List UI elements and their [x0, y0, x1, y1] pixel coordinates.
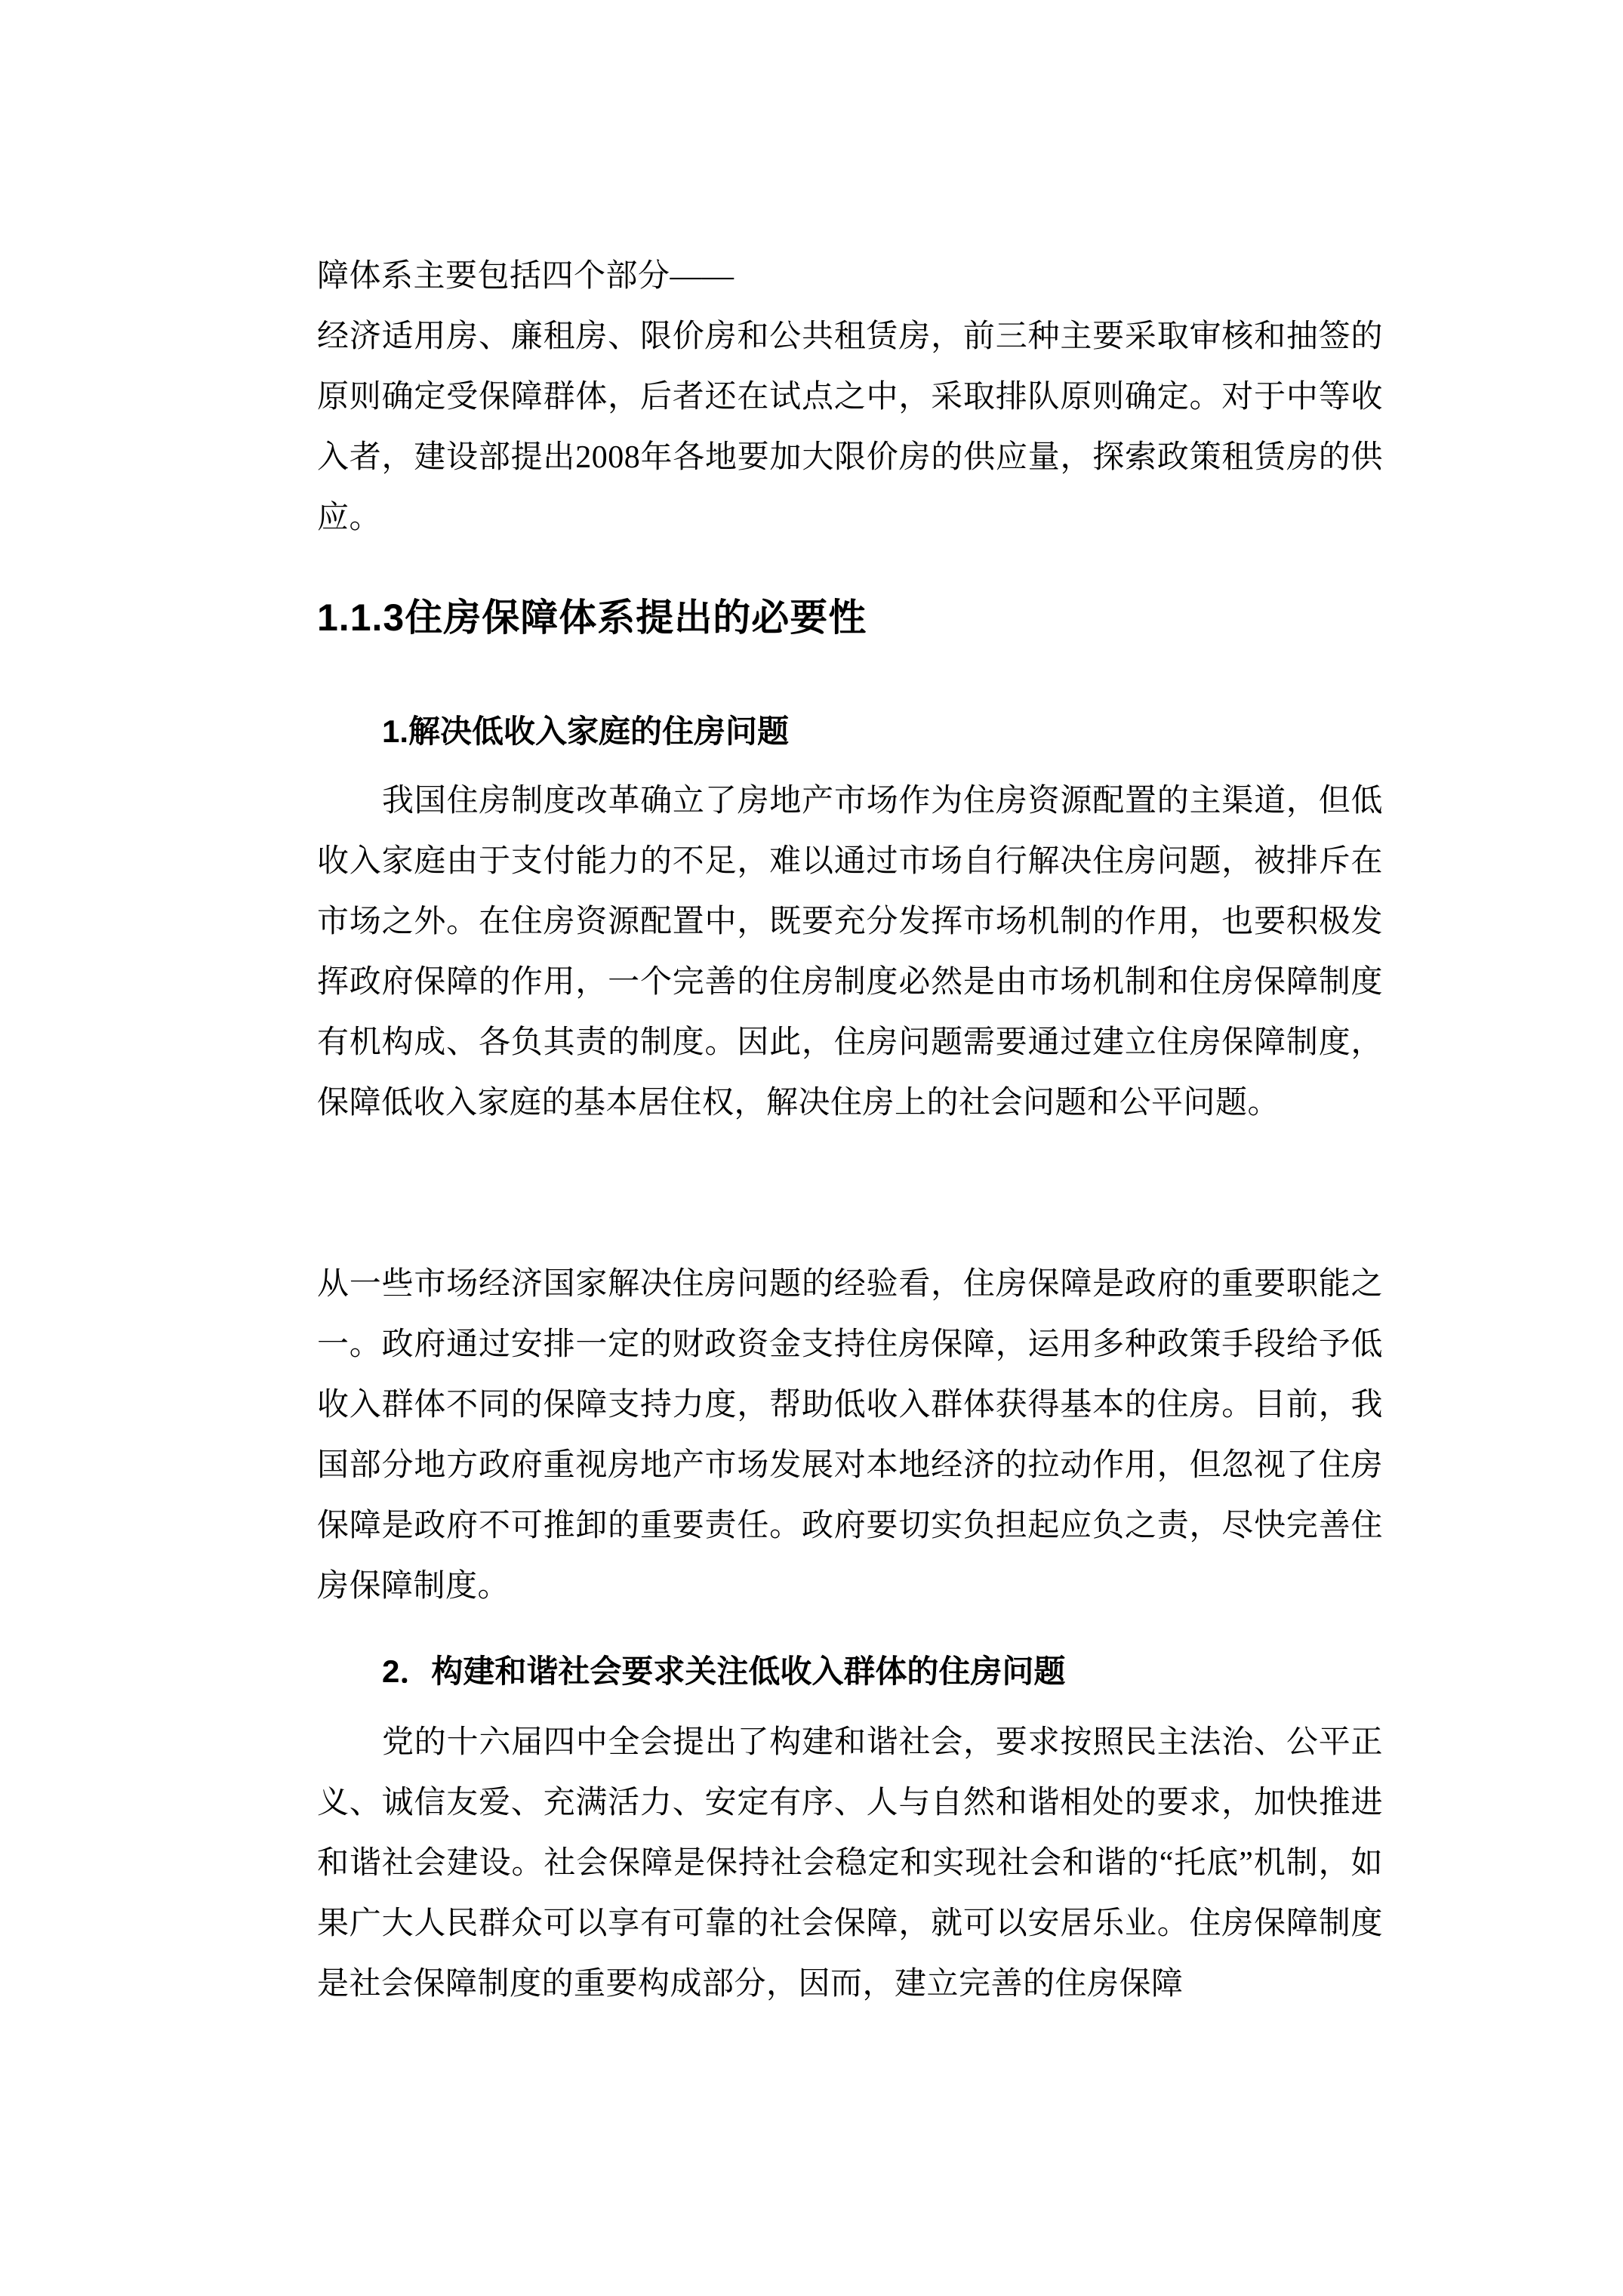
subsection-1-heading: 1.解决低收入家庭的住房问题	[317, 701, 1383, 762]
paragraph-low-income-housing: 我国住房制度改革确立了房地产市场作为住房资源配置的主渠道，但低收入家庭由于支付能…	[317, 771, 1383, 1133]
text-column: 障体系主要包括四个部分—— 经济适用房、廉租房、限价房和公共租赁房，前三种主要采…	[317, 0, 1383, 2296]
section-heading: 1.1.3住房保障体系提出的必要性	[317, 586, 1383, 649]
subsection-2-heading: 2．构建和谐社会要求关注低收入群体的住房问题	[317, 1641, 1383, 1702]
document-page: 障体系主要包括四个部分—— 经济适用房、廉租房、限价房和公共租赁房，前三种主要采…	[0, 0, 1623, 2296]
paragraph-housing-types: 经济适用房、廉租房、限价房和公共租赁房，前三种主要采取审核和抽签的原则确定受保障…	[317, 307, 1383, 548]
paragraph-harmonious-society: 党的十六届四中全会提出了构建和谐社会，要求按照民主法治、公平正义、诚信友爱、充满…	[317, 1712, 1383, 2014]
continuation-text-line: 障体系主要包括四个部分——	[317, 246, 1383, 307]
paragraph-government-role: 从一些市场经济国家解决住房问题的经验看，住房保障是政府的重要职能之一。政府通过安…	[317, 1254, 1383, 1616]
